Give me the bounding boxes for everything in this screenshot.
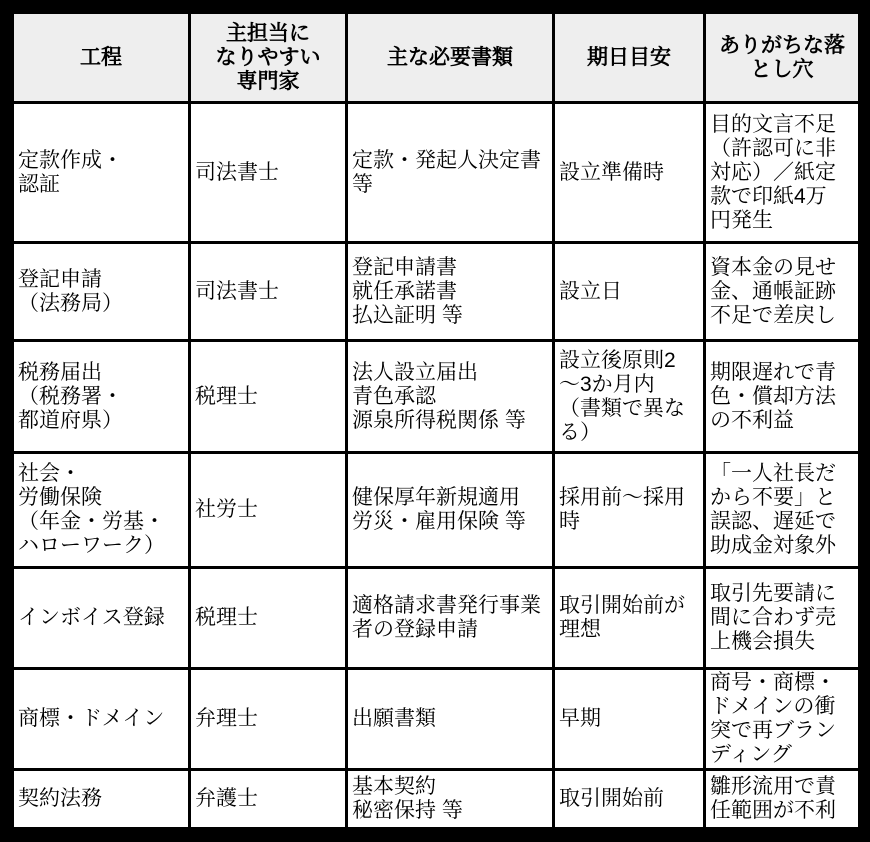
cell-deadline: 取引開始前 bbox=[554, 770, 705, 829]
cell-specialist: 税理士 bbox=[190, 341, 347, 453]
table-row: 定款作成・ 認証 司法書士 定款・発起人決定書 等 設立準備時 目的文言不足 （… bbox=[13, 103, 860, 243]
table-row: 商標・ドメイン 弁理士 出願書類 早期 商号・商標・ ドメインの衝 突で再ブラン… bbox=[13, 669, 860, 770]
cell-process: インボイス登録 bbox=[13, 568, 190, 669]
col-header-pitfalls: ありがちな落 とし穴 bbox=[705, 13, 860, 103]
cell-pitfalls: 資本金の見せ 金、通帳証跡 不足で差戻し bbox=[705, 243, 860, 341]
cell-deadline: 設立後原則2 〜3か月内 （書類で異な る） bbox=[554, 341, 705, 453]
cell-deadline: 早期 bbox=[554, 669, 705, 770]
col-header-specialist: 主担当に なりやすい 専門家 bbox=[190, 13, 347, 103]
header-row: 工程 主担当に なりやすい 専門家 主な必要書類 期日目安 ありがちな落 とし穴 bbox=[13, 13, 860, 103]
col-header-deadline: 期日目安 bbox=[554, 13, 705, 103]
cell-process: 契約法務 bbox=[13, 770, 190, 829]
cell-deadline: 設立準備時 bbox=[554, 103, 705, 243]
cell-specialist: 司法書士 bbox=[190, 103, 347, 243]
col-header-documents: 主な必要書類 bbox=[347, 13, 554, 103]
cell-documents: 適格請求書発行事業 者の登録申請 bbox=[347, 568, 554, 669]
cell-process: 登記申請 （法務局） bbox=[13, 243, 190, 341]
cell-pitfalls: 期限遅れで青 色・償却方法 の不利益 bbox=[705, 341, 860, 453]
table-row: 登記申請 （法務局） 司法書士 登記申請書 就任承諾書 払込証明 等 設立日 資… bbox=[13, 243, 860, 341]
cell-specialist: 社労士 bbox=[190, 453, 347, 568]
process-specialist-table: 工程 主担当に なりやすい 専門家 主な必要書類 期日目安 ありがちな落 とし穴… bbox=[11, 11, 861, 830]
col-header-process: 工程 bbox=[13, 13, 190, 103]
table-row: 社会・ 労働保険 （年金・労基・ ハローワーク） 社労士 健保厚年新規適用 労災… bbox=[13, 453, 860, 568]
cell-documents: 出願書類 bbox=[347, 669, 554, 770]
table-row: 税務届出 （税務署・ 都道府県） 税理士 法人設立届出 青色承認 源泉所得税関係… bbox=[13, 341, 860, 453]
cell-process: 税務届出 （税務署・ 都道府県） bbox=[13, 341, 190, 453]
cell-deadline: 取引開始前が 理想 bbox=[554, 568, 705, 669]
cell-specialist: 弁理士 bbox=[190, 669, 347, 770]
cell-pitfalls: 取引先要請に 間に合わず売 上機会損失 bbox=[705, 568, 860, 669]
table-row: 契約法務 弁護士 基本契約 秘密保持 等 取引開始前 雛形流用で責 任範囲が不利 bbox=[13, 770, 860, 829]
cell-specialist: 弁護士 bbox=[190, 770, 347, 829]
cell-documents: 基本契約 秘密保持 等 bbox=[347, 770, 554, 829]
cell-specialist: 税理士 bbox=[190, 568, 347, 669]
cell-pitfalls: 商号・商標・ ドメインの衝 突で再ブラン ディング bbox=[705, 669, 860, 770]
cell-deadline: 設立日 bbox=[554, 243, 705, 341]
cell-process: 定款作成・ 認証 bbox=[13, 103, 190, 243]
cell-documents: 登記申請書 就任承諾書 払込証明 等 bbox=[347, 243, 554, 341]
cell-pitfalls: 目的文言不足 （許認可に非 対応）／紙定 款で印紙4万 円発生 bbox=[705, 103, 860, 243]
cell-process: 社会・ 労働保険 （年金・労基・ ハローワーク） bbox=[13, 453, 190, 568]
cell-documents: 定款・発起人決定書 等 bbox=[347, 103, 554, 243]
table-row: インボイス登録 税理士 適格請求書発行事業 者の登録申請 取引開始前が 理想 取… bbox=[13, 568, 860, 669]
cell-process: 商標・ドメイン bbox=[13, 669, 190, 770]
cell-specialist: 司法書士 bbox=[190, 243, 347, 341]
cell-documents: 法人設立届出 青色承認 源泉所得税関係 等 bbox=[347, 341, 554, 453]
cell-documents: 健保厚年新規適用 労災・雇用保険 等 bbox=[347, 453, 554, 568]
cell-pitfalls: 「一人社長だ から不要」と 誤認、遅延で 助成金対象外 bbox=[705, 453, 860, 568]
table-frame: 工程 主担当に なりやすい 専門家 主な必要書類 期日目安 ありがちな落 とし穴… bbox=[11, 11, 861, 830]
cell-pitfalls: 雛形流用で責 任範囲が不利 bbox=[705, 770, 860, 829]
cell-deadline: 採用前〜採用 時 bbox=[554, 453, 705, 568]
